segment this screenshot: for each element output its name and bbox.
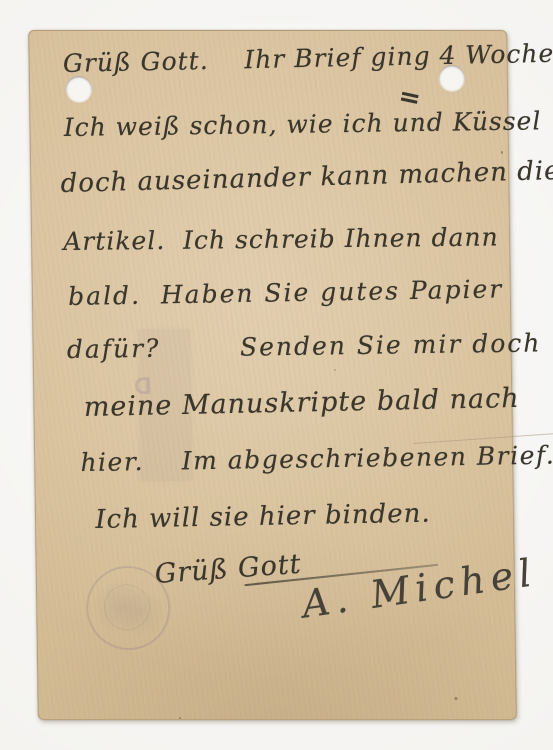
handwriting-line: Ich weiß schon, wie ich und Küssel [63, 106, 541, 142]
handwriting-line: dafür? Senden Sie mir doch [66, 328, 541, 364]
handwriting-line: Ich will sie hier binden. [95, 499, 431, 535]
postcard-paper: D Grüß Gott. Ihr Brief ging 4 Wochen = I… [28, 30, 517, 720]
paper-speck [334, 369, 336, 371]
handwriting-line: bald. Haben Sie gutes Papier [68, 274, 504, 311]
signature: A. Michel [299, 550, 540, 627]
paper-speck [501, 151, 503, 154]
closing-greeting: Grüß Gott [154, 549, 303, 590]
handwriting-line: Grüß Gott. Ihr Brief ging 4 Wochen [62, 38, 553, 78]
paper-speck [179, 717, 181, 719]
paper-speck [454, 697, 457, 700]
punch-hole-left-icon [66, 76, 92, 102]
handwriting-line: hier. Im abgeschriebenen Brief. [80, 441, 553, 477]
handwriting-line: doch auseinander kann machen die [60, 156, 553, 199]
handwriting-line: Artikel. Ich schreib Ihnen dann [63, 222, 499, 256]
scanned-postcard-image: D Grüß Gott. Ihr Brief ging 4 Wochen = I… [0, 0, 553, 750]
